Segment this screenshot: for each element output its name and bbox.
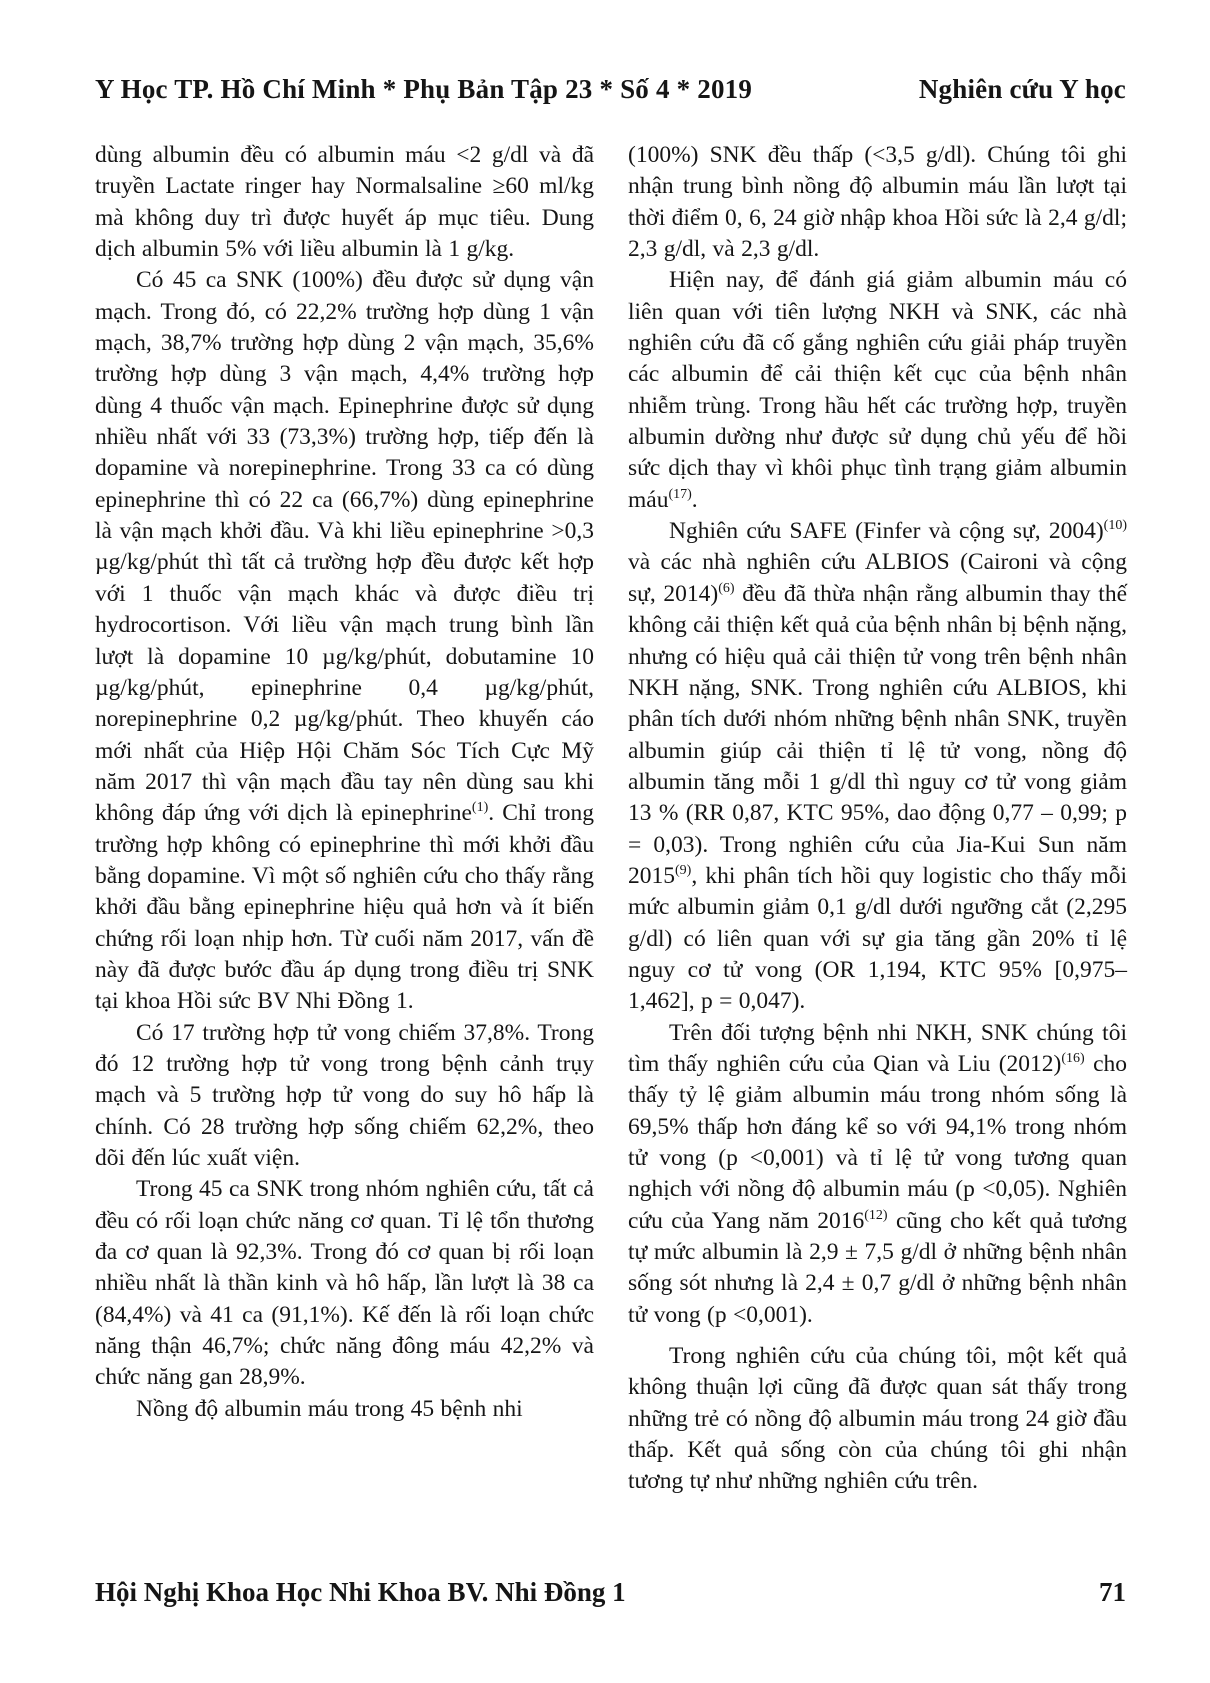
journal-title: Y Học TP. Hồ Chí Minh * Phụ Bản Tập 23 *… xyxy=(95,74,752,105)
paragraph: Có 45 ca SNK (100%) đều được sử dụng vận… xyxy=(95,265,594,1017)
paragraph-text: đều đã thừa nhận rằng albumin thay thế k… xyxy=(628,581,1127,889)
citation-ref: (16) xyxy=(1061,1051,1084,1066)
citation-ref: (17) xyxy=(668,487,691,502)
conference-title: Hội Nghị Khoa Học Nhi Khoa BV. Nhi Đồng … xyxy=(95,1577,626,1608)
paragraph-text: cho thấy tỷ lệ giảm albumin máu trong nh… xyxy=(628,1051,1127,1234)
section-label: Nghiên cứu Y học xyxy=(919,74,1126,105)
paragraph: Hiện nay, để đánh giá giảm albumin máu c… xyxy=(628,265,1127,516)
left-column: dùng albumin đều có albumin máu <2 g/dl … xyxy=(95,140,594,1498)
page-footer: Hội Nghị Khoa Học Nhi Khoa BV. Nhi Đồng … xyxy=(95,1577,1126,1608)
journal-page: Y Học TP. Hồ Chí Minh * Phụ Bản Tập 23 *… xyxy=(0,0,1210,1683)
paragraph-text: Nồng độ albumin máu trong 45 bệnh nhi xyxy=(136,1396,523,1422)
body-columns: dùng albumin đều có albumin máu <2 g/dl … xyxy=(95,140,1127,1498)
paragraph: Trong nghiên cứu của chúng tôi, một kết … xyxy=(628,1341,1127,1498)
paragraph-text: Hiện nay, để đánh giá giảm albumin máu c… xyxy=(628,267,1127,512)
paragraph: Trong 45 ca SNK trong nhóm nghiên cứu, t… xyxy=(95,1174,594,1393)
paragraph: dùng albumin đều có albumin máu <2 g/dl … xyxy=(95,140,594,265)
citation-ref: (10) xyxy=(1104,518,1127,533)
page-number: 71 xyxy=(1099,1577,1126,1608)
paragraph-text: Trong nghiên cứu của chúng tôi, một kết … xyxy=(628,1343,1127,1494)
paragraph: Trên đối tượng bệnh nhi NKH, SNK chúng t… xyxy=(628,1018,1127,1331)
citation-ref: (9) xyxy=(675,863,691,878)
paragraph-text: , khi phân tích hồi quy logistic cho thấ… xyxy=(628,863,1127,1014)
paragraph: Nghiên cứu SAFE (Finfer và cộng sự, 2004… xyxy=(628,516,1127,1018)
paragraph-text: . Chỉ trong trường hợp không có epinephr… xyxy=(95,800,594,1014)
right-column: (100%) SNK đều thấp (<3,5 g/dl). Chúng t… xyxy=(628,140,1127,1498)
paragraph-text: Có 45 ca SNK (100%) đều được sử dụng vận… xyxy=(95,267,594,826)
paragraph-text: Trên đối tượng bệnh nhi NKH, SNK chúng t… xyxy=(628,1020,1127,1077)
paragraph: Có 17 trường hợp tử vong chiếm 37,8%. Tr… xyxy=(95,1018,594,1175)
citation-ref: (6) xyxy=(718,581,734,596)
paragraph-text: Trong 45 ca SNK trong nhóm nghiên cứu, t… xyxy=(95,1176,594,1390)
citation-ref: (1) xyxy=(472,800,488,815)
paragraph-text: (100%) SNK đều thấp (<3,5 g/dl). Chúng t… xyxy=(628,142,1127,262)
paragraph-text: Có 17 trường hợp tử vong chiếm 37,8%. Tr… xyxy=(95,1020,594,1171)
paragraph: (100%) SNK đều thấp (<3,5 g/dl). Chúng t… xyxy=(628,140,1127,265)
page-header: Y Học TP. Hồ Chí Minh * Phụ Bản Tập 23 *… xyxy=(95,74,1126,105)
paragraph-text: dùng albumin đều có albumin máu <2 g/dl … xyxy=(95,142,594,262)
paragraph: Nồng độ albumin máu trong 45 bệnh nhi xyxy=(95,1394,594,1425)
citation-ref: (12) xyxy=(864,1208,887,1223)
paragraph-text: Nghiên cứu SAFE (Finfer và cộng sự, 2004… xyxy=(669,518,1104,544)
paragraph-text: . xyxy=(692,487,698,513)
